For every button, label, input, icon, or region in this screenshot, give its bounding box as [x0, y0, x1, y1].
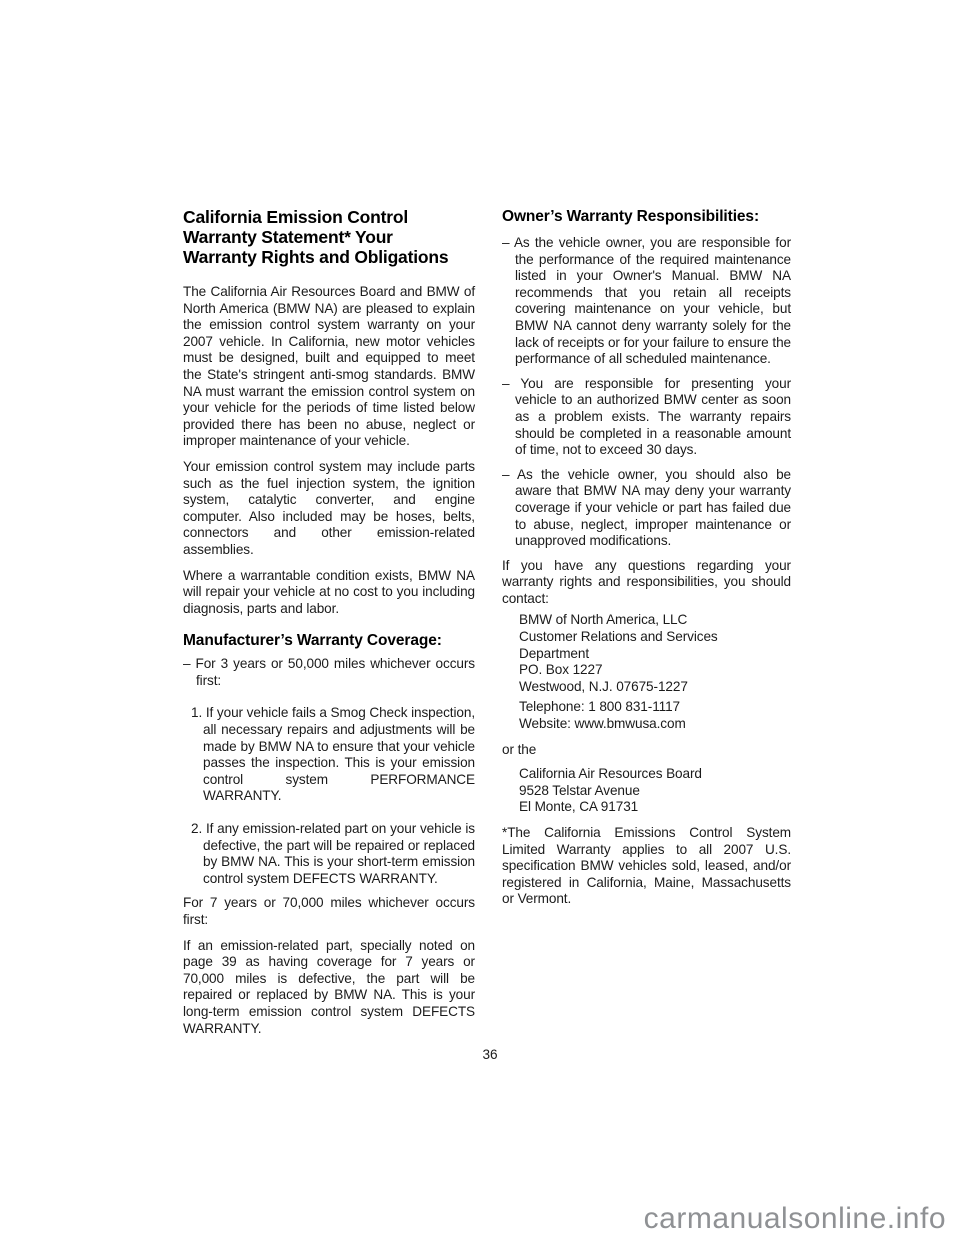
bmw-address-line: Westwood, N.J. 07675-1227: [519, 679, 791, 696]
footnote-paragraph: *The California Emissions Control System…: [502, 825, 791, 908]
long-term-paragraph: If an emission-related part, specially n…: [183, 938, 475, 1038]
watermark-text: carmanualsonline.info: [644, 1202, 946, 1236]
bmw-address-line: Customer Relations and Services Departme…: [519, 629, 791, 662]
repair-paragraph: Where a warrantable condition exists, BM…: [183, 568, 475, 618]
page-title-line-1: California Emission Control: [183, 207, 475, 227]
long-term-intro: For 7 years or 70,000 miles whichever oc…: [183, 895, 475, 928]
website-line: Website: www.bmwusa.com: [519, 716, 791, 733]
bmw-address-block: BMW of North America, LLC Customer Relat…: [502, 612, 791, 695]
responsibility-item-3: – As the vehicle owner, you should also …: [502, 467, 791, 550]
parts-paragraph: Your emission control system may include…: [183, 459, 475, 559]
page-number: 36: [455, 1047, 525, 1062]
numbered-item-2: 2. If any emission-related part on your …: [183, 821, 475, 887]
contact-phone-block: Telephone: 1 800 831-1117 Website: www.b…: [502, 699, 791, 732]
numbered-item-1: 1. If your vehicle fails a Smog Check in…: [183, 705, 475, 805]
carb-address-line: California Air Resources Board: [519, 766, 791, 783]
responsibility-item-1: – As the vehicle owner, you are responsi…: [502, 235, 791, 368]
coverage-heading: Manufacturer’s Warranty Coverage:: [183, 631, 475, 650]
responsibilities-heading: Owner’s Warranty Responsibilities:: [502, 207, 791, 226]
page-title: California Emission Control Warranty Sta…: [183, 207, 475, 267]
contact-paragraph: If you have any questions regarding your…: [502, 558, 791, 608]
page-title-line-2: Warranty Statement* Your: [183, 227, 475, 247]
carb-address-line: El Monte, CA 91731: [519, 799, 791, 816]
left-column: California Emission Control Warranty Sta…: [183, 207, 475, 1037]
or-the-text: or the: [502, 742, 791, 759]
bmw-address-line: PO. Box 1227: [519, 662, 791, 679]
responsibility-item-2: – You are responsible for presenting you…: [502, 376, 791, 459]
telephone-line: Telephone: 1 800 831-1117: [519, 699, 791, 716]
carb-address-line: 9528 Telstar Avenue: [519, 783, 791, 800]
carb-address-block: California Air Resources Board 9528 Tels…: [502, 766, 791, 816]
page-title-line-3: Warranty Rights and Obligations: [183, 247, 475, 267]
intro-paragraph: The California Air Resources Board and B…: [183, 284, 475, 450]
right-column: Owner’s Warranty Responsibilities: – As …: [502, 207, 791, 908]
coverage-intro-item: – For 3 years or 50,000 miles whichever …: [183, 656, 475, 689]
bmw-address-line: BMW of North America, LLC: [519, 612, 791, 629]
